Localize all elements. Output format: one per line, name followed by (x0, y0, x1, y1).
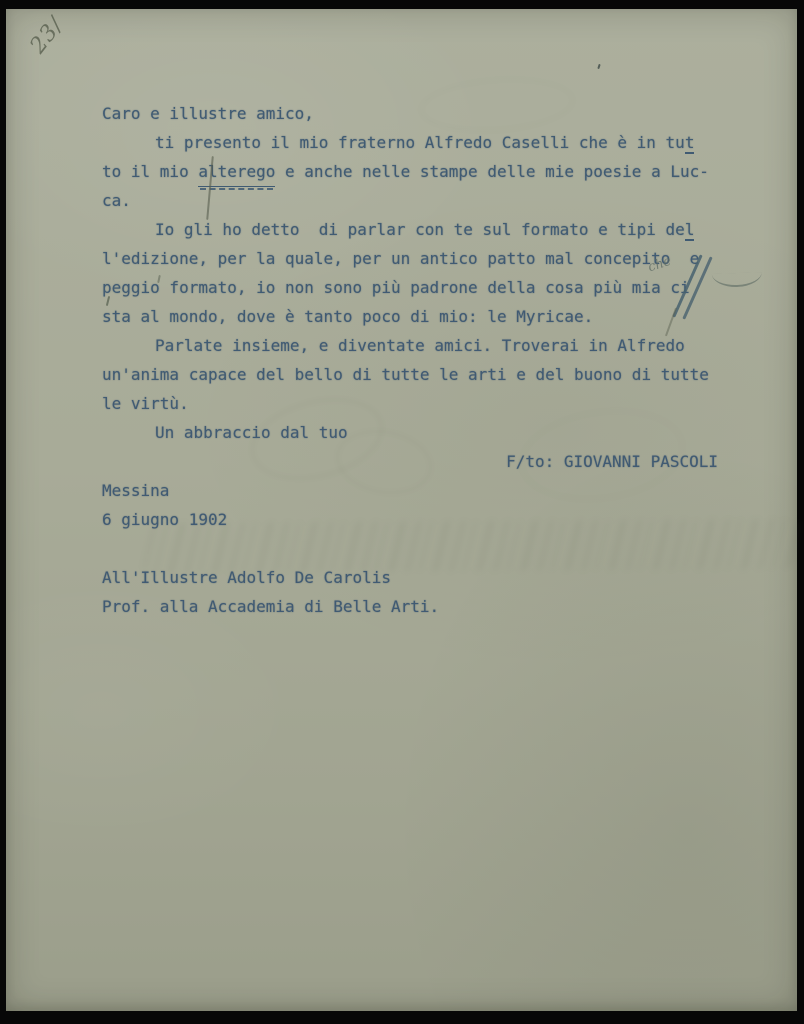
page-number-annotation: 23/ (26, 13, 69, 59)
typed-run: Caro e illustre amico, (102, 104, 314, 123)
typed-run: 6 giugno 1902 (102, 510, 227, 529)
typed-line: sta al mondo, dove è tanto poco di mio: … (102, 302, 718, 331)
letter-paper: 23/ Caro e illustre amico,ti presento il… (6, 9, 797, 1011)
typed-run: All'Illustre Adolfo De Carolis (102, 568, 391, 587)
typed-line: peggio formato, io non sono più padrone … (102, 273, 718, 302)
typed-line (102, 534, 718, 563)
typed-run: ca. (102, 191, 131, 210)
ink-speck (597, 64, 600, 69)
typed-line: Parlate insieme, e diventate amici. Trov… (102, 331, 718, 360)
typed-run: Parlate insieme, e diventate amici. Trov… (155, 336, 685, 355)
typed-line: to il mio alterego e anche nelle stampe … (102, 157, 718, 186)
typed-run: le virtù. (102, 394, 189, 413)
typed-line: ca. (102, 186, 718, 215)
typed-line: l'edizione, per la quale, per un antico … (102, 244, 718, 273)
typed-line: le virtù. (102, 389, 718, 418)
typed-line: ti presento il mio fraterno Alfredo Case… (102, 128, 718, 157)
typed-run: sta al mondo, dove è tanto poco di mio: … (102, 307, 593, 326)
typed-run: peggio formato, io non sono più padrone … (102, 278, 690, 297)
typed-line: Prof. alla Accademia di Belle Arti. (102, 592, 718, 621)
typed-run: Io gli ho detto di parlar con te sul for… (155, 220, 685, 239)
typed-line: Caro e illustre amico, (102, 99, 718, 128)
typed-run: Messina (102, 481, 169, 500)
typed-run: to il mio (102, 162, 198, 181)
typed-run: t (685, 133, 695, 154)
typed-run: l (685, 220, 695, 241)
typed-run: e anche nelle stampe delle mie poesie a … (275, 162, 708, 181)
typed-line: F/to: GIOVANNI PASCOLI (102, 447, 718, 476)
letter-body: Caro e illustre amico,ti presento il mio… (102, 99, 718, 621)
typed-run: Un abbraccio dal tuo (155, 423, 348, 442)
typed-run: Prof. alla Accademia di Belle Arti. (102, 597, 439, 616)
typed-line: 6 giugno 1902 (102, 505, 718, 534)
typed-run: F/to: GIOVANNI PASCOLI (506, 452, 718, 471)
typed-run: ti presento il mio fraterno Alfredo Case… (155, 133, 685, 152)
typed-line: un'anima capace del bello di tutte le ar… (102, 360, 718, 389)
typed-run: l'edizione, per la quale, per un antico … (102, 249, 699, 268)
typed-line: Messina (102, 476, 718, 505)
typed-line: Io gli ho detto di parlar con te sul for… (102, 215, 718, 244)
margin-curve-mark (712, 272, 762, 288)
typed-run: un'anima capace del bello di tutte le ar… (102, 365, 709, 384)
typed-line: All'Illustre Adolfo De Carolis (102, 563, 718, 592)
typed-line: Un abbraccio dal tuo (102, 418, 718, 447)
